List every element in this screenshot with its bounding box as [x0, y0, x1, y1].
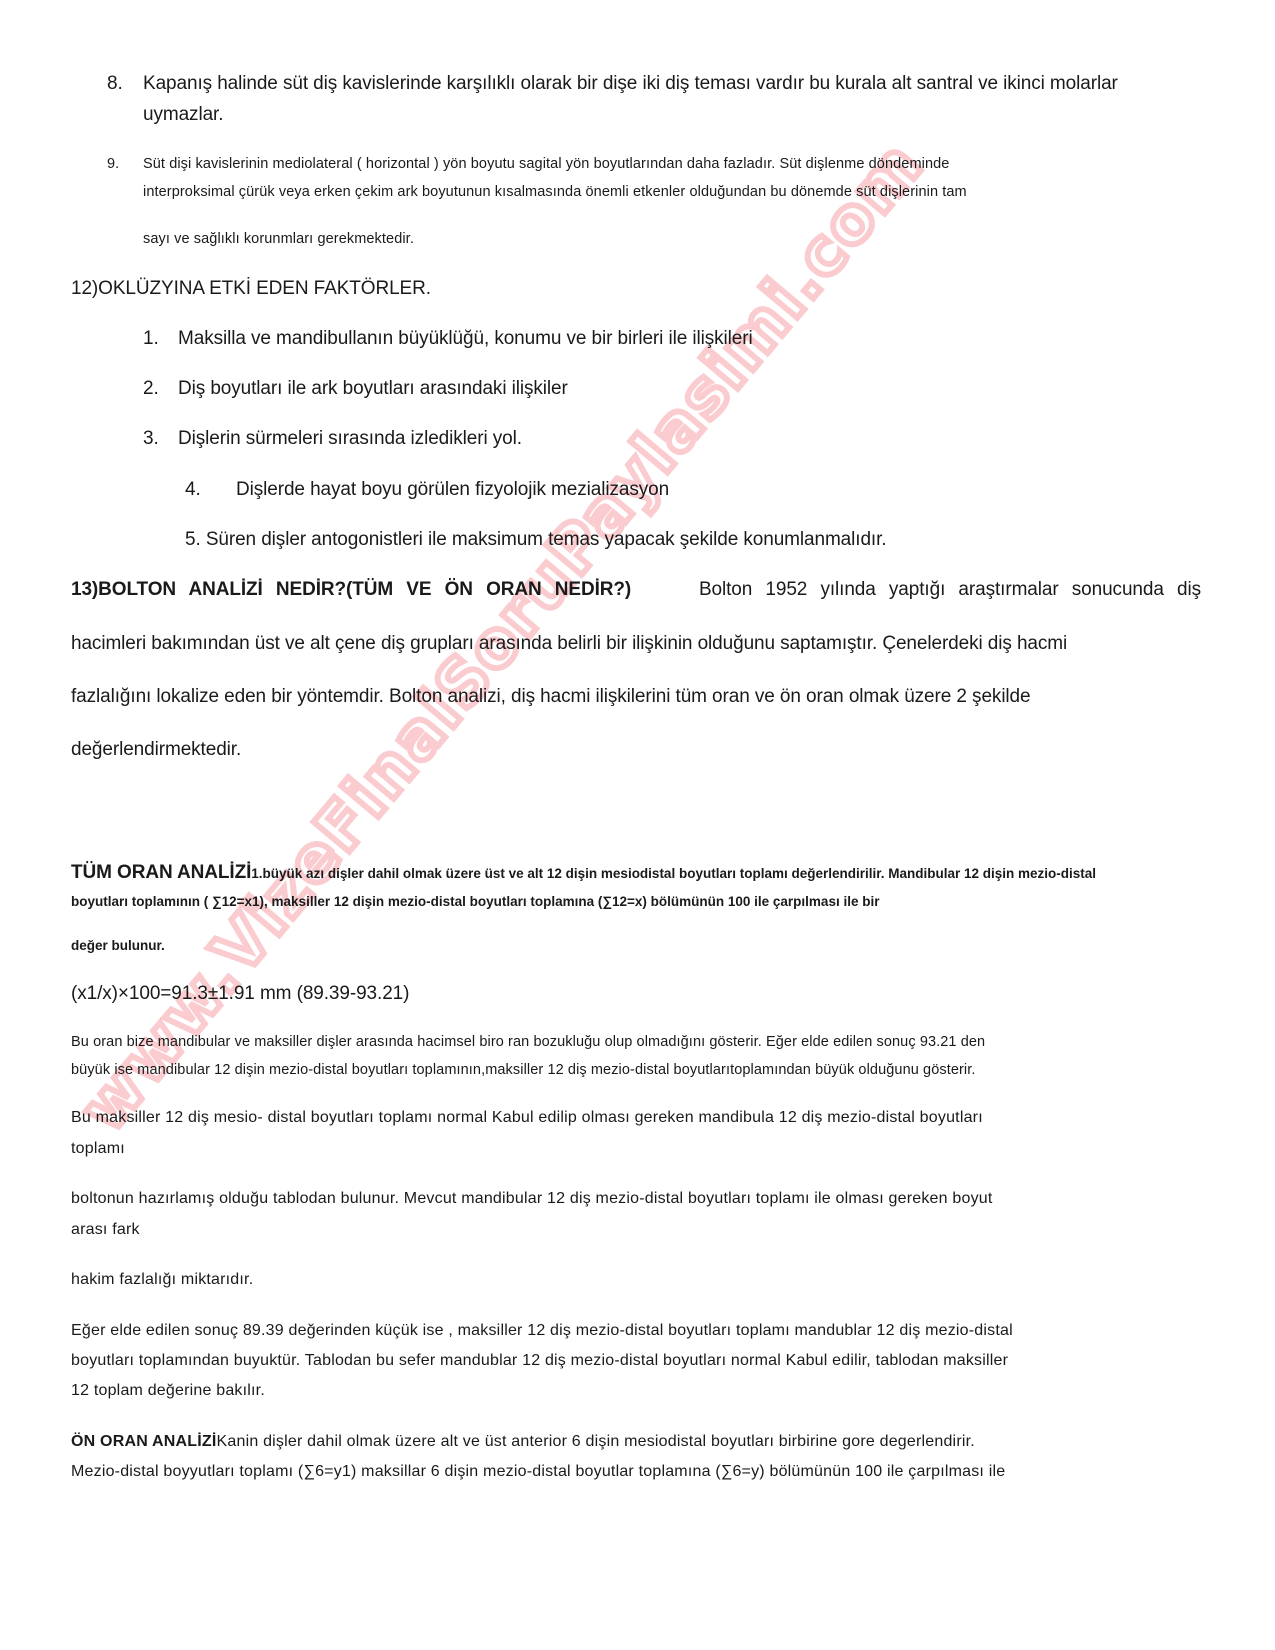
factor-item-3: Dişlerin sürmeleri sırasında izledikleri…: [178, 428, 522, 450]
on-oran-line1: ÖN ORAN ANALİZİKanin dişler dahil olmak …: [71, 1433, 975, 1451]
tum-oran-p3-line2: arası fark: [71, 1221, 140, 1239]
section-12-heading: 12)OKLÜZYINA ETKİ EDEN FAKTÖRLER.: [71, 278, 431, 300]
tum-oran-line1: TÜM ORAN ANALİZİ1.büyük azı dişler dahil…: [71, 862, 1096, 884]
list-item-9-line3: sayı ve sağlıklı korunmları gerekmektedi…: [143, 231, 414, 247]
document-page: www.VizeFinalSoruPaylasimi.com www.VizeF…: [0, 0, 1275, 1650]
on-oran-heading: ÖN ORAN ANALİZİ: [71, 1433, 217, 1450]
section-13-line4: değerlendirmektedir.: [71, 739, 241, 761]
tum-oran-p2-line1: Bu maksiller 12 diş mesio- distal boyutl…: [71, 1109, 983, 1127]
factor-number-1: 1.: [143, 328, 159, 350]
factor-item-2: Diş boyutları ile ark boyutları arasında…: [178, 378, 568, 400]
tum-oran-p3-line1: boltonun hazırlamış olduğu tablodan bulu…: [71, 1190, 993, 1208]
section-13-line3: fazlalığını lokalize eden bir yöntemdir.…: [71, 686, 1031, 708]
list-item-9-line2: interproksimal çürük veya erken çekim ar…: [143, 184, 967, 200]
on-oran-line1-text: Kanin dişler dahil olmak üzere alt ve üs…: [217, 1433, 975, 1450]
list-item-8-line2: uymazlar.: [143, 104, 223, 126]
section-13-heading: 13)BOLTON ANALİZİ NEDİR?(TÜM VE ÖN ORAN …: [71, 579, 631, 601]
tum-oran-p1-line2: büyük ise mandibular 12 dişin mezio-dist…: [71, 1062, 976, 1078]
list-item-8-line1: Kapanış halinde süt diş kavislerinde kar…: [143, 73, 1118, 95]
factor-item-5: 5. Süren dişler antogonistleri ile maksi…: [185, 529, 886, 551]
section-13-line2: hacimleri bakımından üst ve alt çene diş…: [71, 633, 1067, 655]
tum-oran-p5-line3: 12 toplam değerine bakılır.: [71, 1382, 265, 1400]
factor-number-3: 3.: [143, 428, 159, 450]
factor-number-2: 2.: [143, 378, 159, 400]
list-number-8: 8.: [107, 73, 123, 95]
factor-number-4: 4.: [185, 479, 201, 501]
list-number-9: 9.: [107, 156, 119, 172]
tum-oran-line3: değer bulunur.: [71, 938, 165, 953]
tum-oran-p5-line1: Eğer elde edilen sonuç 89.39 değerinden …: [71, 1322, 1013, 1340]
tum-oran-line2: boyutları toplamının ( ∑12=x1), maksille…: [71, 894, 879, 909]
tum-oran-heading: TÜM ORAN ANALİZİ: [71, 862, 251, 883]
list-item-9-line1: Süt dişi kavislerinin mediolateral ( hor…: [143, 156, 949, 172]
tum-oran-line1-text: 1.büyük azı dişler dahil olmak üzere üst…: [251, 866, 1096, 881]
factor-item-4: Dişlerde hayat boyu görülen fizyolojik m…: [236, 479, 669, 501]
ratio-formula: (x1/x)×100=91.3±1.91 mm (89.39-93.21): [71, 983, 409, 1005]
section-13-line1: 13)BOLTON ANALİZİ NEDİR?(TÜM VE ÖN ORAN …: [71, 579, 1201, 601]
section-13-line1-text: Bolton 1952 yılında yaptığı araştırmalar…: [699, 579, 1201, 601]
on-oran-line2: Mezio-distal boyyutları toplamı (∑6=y1) …: [71, 1463, 1005, 1481]
tum-oran-p4-line1: hakim fazlalığı miktarıdır.: [71, 1271, 253, 1289]
tum-oran-p2-line2: toplamı: [71, 1140, 125, 1158]
tum-oran-p5-line2: boyutları toplamından buyuktür. Tablodan…: [71, 1352, 1008, 1370]
factor-item-1: Maksilla ve mandibullanın büyüklüğü, kon…: [178, 328, 753, 350]
tum-oran-p1-line1: Bu oran bize mandibular ve maksiller diş…: [71, 1034, 985, 1050]
